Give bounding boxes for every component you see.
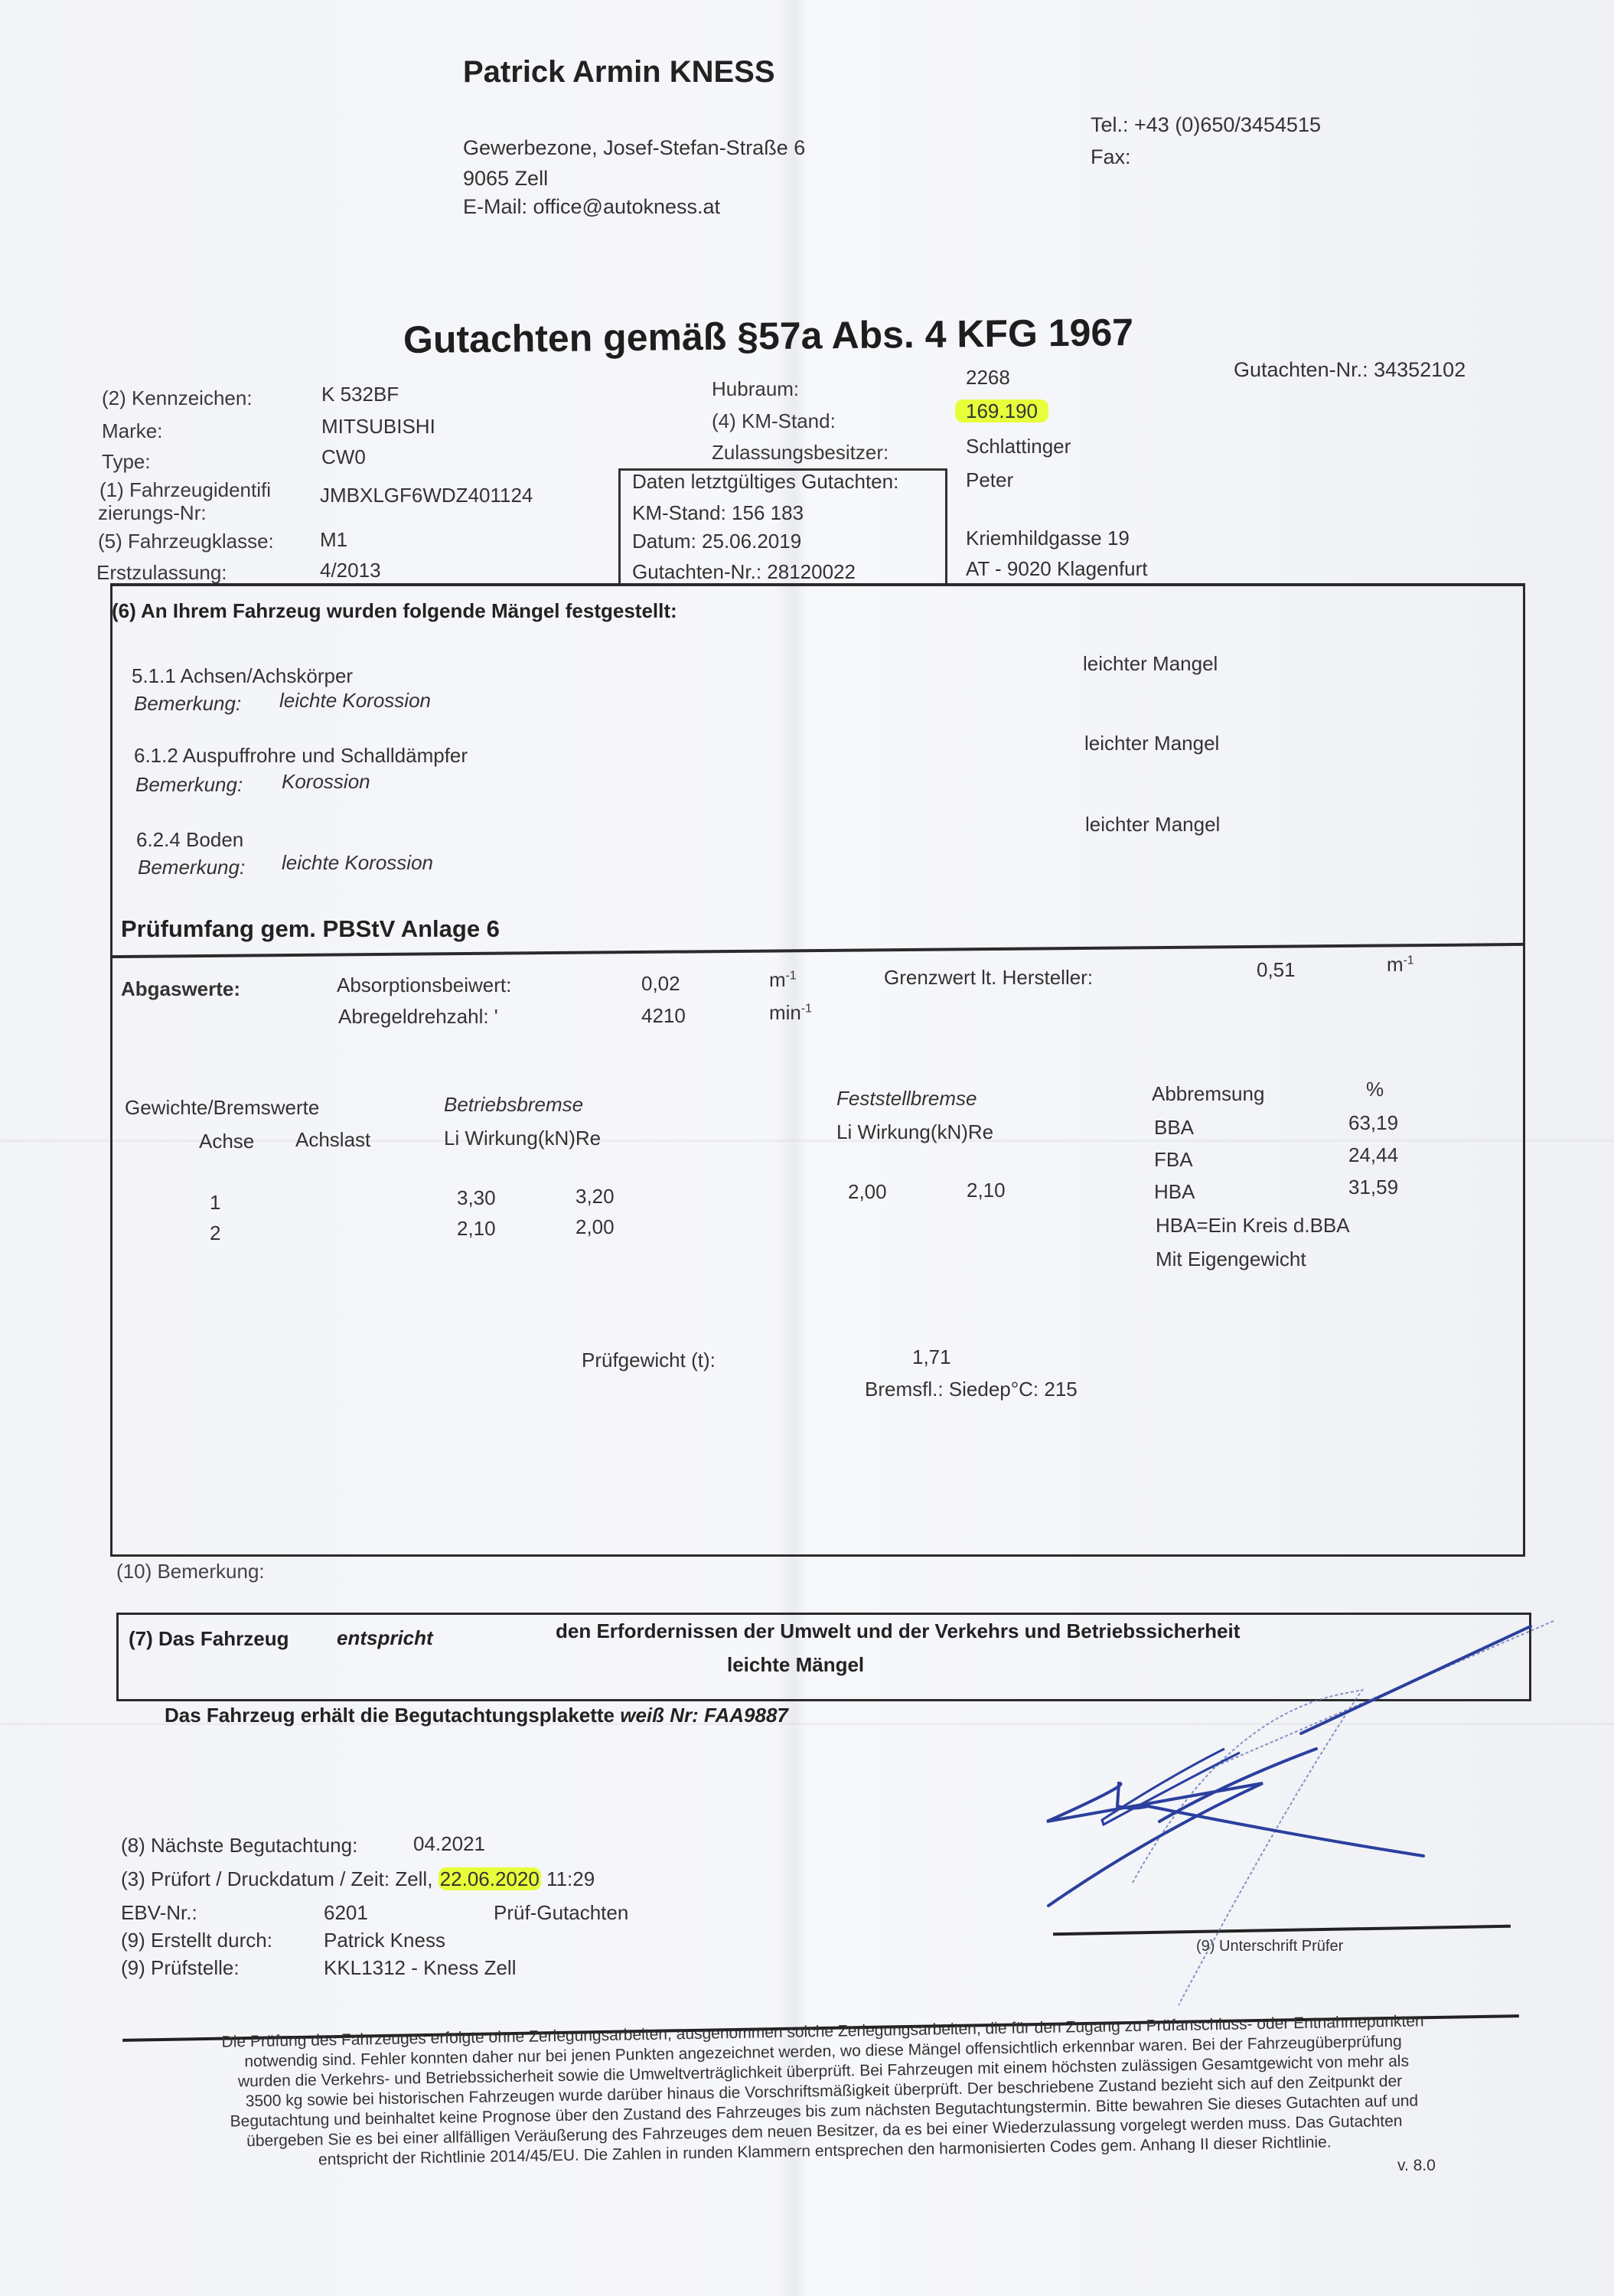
fba-value: 24,44: [1348, 1143, 1398, 1167]
previous-report-date: Datum: 25.06.2019: [632, 530, 801, 553]
document-title: Gutachten gemäß §57a Abs. 4 KFG 1967: [403, 310, 1134, 362]
rpm-unit: min-1: [769, 1001, 812, 1025]
first-registration-label: Erstzulassung:: [96, 561, 227, 585]
service-left: 3,30: [457, 1186, 496, 1210]
sticker-line: Das Fahrzeug erhält die Begutachtungspla…: [165, 1704, 788, 1727]
absorption-label: Absorptionsbeiwert:: [337, 974, 511, 997]
ebv-value: 6201: [324, 1901, 368, 1925]
form-version: v. 8.0: [1397, 2157, 1436, 2175]
next-inspection-value: 04.2021: [413, 1832, 485, 1856]
service-right: 2,00: [575, 1215, 615, 1239]
signature-label: (9) Unterschrift Prüfer: [1196, 1938, 1343, 1955]
defect-code: 5.1.1 Achsen/Achskörper: [132, 664, 353, 688]
test-weight-value: 1,71: [912, 1345, 951, 1369]
defect-remark: leichte Korossion: [279, 689, 431, 713]
verdict-text: den Erfordernissen der Umwelt und der Ve…: [556, 1619, 1240, 1643]
defect-severity: leichter Mangel: [1083, 652, 1218, 676]
limit-unit: m-1: [1387, 953, 1414, 977]
owner-street: Kriemhildgasse 19: [966, 527, 1130, 550]
company-street: Gewerbezone, Josef-Stefan-Straße 6: [463, 136, 805, 160]
mileage-label: (4) KM-Stand:: [712, 409, 836, 433]
exhaust-label: Abgaswerte:: [121, 977, 240, 1001]
company-phone: Tel.: +43 (0)650/3454515: [1091, 113, 1321, 137]
report-number: Gutachten-Nr.: 34352102: [1234, 358, 1466, 382]
axle-load-column-header: Achslast: [295, 1128, 370, 1152]
sticker-text: Das Fahrzeug erhält die Begutachtungspla…: [165, 1704, 615, 1727]
brand-value: MITSUBISHI: [321, 415, 435, 439]
company-email: E-Mail: office@autokness.at: [463, 195, 720, 219]
sticker-number: weiß Nr: FAA9887: [620, 1704, 788, 1727]
defect-severity: leichter Mangel: [1085, 813, 1220, 837]
company-city: 9065 Zell: [463, 167, 548, 191]
ebv-label: EBV-Nr.:: [121, 1901, 197, 1925]
brake-fluid: Bremsfl.: Siedep°C: 215: [865, 1378, 1078, 1401]
plate-value: K 532BF: [321, 383, 399, 406]
vin-label-cont: zierungs-Nr:: [98, 501, 207, 525]
axle-column-header: Achse: [199, 1130, 254, 1153]
company-fax: Fax:: [1091, 145, 1131, 169]
ebv-type: Prüf-Gutachten: [494, 1901, 628, 1925]
parking-brake-heading: Feststellbremse: [836, 1087, 977, 1110]
parking-brake-subheading: Li Wirkung(kN)Re: [836, 1120, 993, 1144]
vin-value: JMBXLGF6WDZ401124: [320, 484, 533, 507]
defect-remark-label: Bemerkung:: [135, 773, 243, 797]
service-left: 2,10: [457, 1217, 496, 1241]
displacement-label: Hubraum:: [712, 377, 799, 401]
percent-heading: %: [1366, 1078, 1384, 1101]
print-time: 11:29: [546, 1867, 595, 1890]
parking-right: 2,10: [967, 1179, 1006, 1202]
vin-label: (1) Fahrzeugidentifi: [99, 478, 271, 502]
hba-value: 31,59: [1348, 1176, 1398, 1199]
first-registration-value: 4/2013: [320, 559, 381, 582]
created-by-label: (9) Erstellt durch:: [121, 1929, 272, 1952]
plate-label: (2) Kennzeichen:: [102, 386, 253, 410]
brand-label: Marke:: [102, 419, 162, 443]
rpm-value: 4210: [641, 1004, 686, 1028]
verdict-status: entspricht: [337, 1626, 433, 1650]
bba-label: BBA: [1154, 1116, 1194, 1140]
print-place-label: (3) Prüfort / Druckdatum / Zeit: Zell,: [121, 1867, 432, 1890]
mileage-highlight: 169.190: [955, 400, 1048, 422]
hba-label: HBA: [1154, 1180, 1195, 1204]
scope-heading: Prüfumfang gem. PBStV Anlage 6: [121, 915, 500, 943]
service-brake-heading: Betriebsbremse: [444, 1093, 583, 1117]
limit-value: 0,51: [1257, 958, 1296, 982]
displacement-value: 2268: [966, 366, 1010, 390]
fba-label: FBA: [1154, 1148, 1193, 1172]
parking-left: 2,00: [848, 1180, 887, 1204]
next-inspection-label: (8) Nächste Begutachtung:: [121, 1834, 357, 1857]
limit-label: Grenzwert lt. Hersteller:: [884, 966, 1093, 990]
legal-disclaimer: Die Prüfung des Fahrzeuges erfolgte ohne…: [122, 2010, 1525, 2174]
defects-heading: (6) An Ihrem Fahrzeug wurden folgende Mä…: [112, 599, 677, 623]
absorption-unit: m-1: [769, 968, 797, 992]
class-value: M1: [320, 528, 347, 552]
previous-report-number: Gutachten-Nr.: 28120022: [632, 560, 856, 584]
service-brake-subheading: Li Wirkung(kN)Re: [444, 1127, 601, 1150]
defects-box: [110, 583, 1525, 1557]
previous-report-heading: Daten letztgültiges Gutachten:: [632, 470, 898, 494]
defect-remark-label: Bemerkung:: [138, 856, 245, 879]
company-name: Patrick Armin KNESS: [463, 55, 775, 90]
verdict-sub: leichte Mängel: [727, 1653, 864, 1677]
mileage-value: 169.190: [955, 400, 1048, 423]
defect-code: 6.2.4 Boden: [136, 828, 243, 852]
brakes-heading: Gewichte/Bremswerte: [125, 1096, 319, 1120]
created-by-value: Patrick Kness: [324, 1929, 445, 1952]
owner-firstname: Peter: [966, 468, 1013, 492]
deceleration-heading: Abbremsung: [1152, 1082, 1264, 1106]
verdict-label: (7) Das Fahrzeug: [129, 1627, 289, 1651]
axle-number: 1: [210, 1191, 220, 1215]
defect-remark: Korossion: [282, 770, 370, 794]
defect-severity: leichter Mangel: [1084, 732, 1219, 755]
defect-remark: leichte Korossion: [282, 851, 433, 875]
weight-note: Mit Eigengewicht: [1156, 1247, 1306, 1271]
print-info: (3) Prüfort / Druckdatum / Zeit: Zell, 2…: [121, 1867, 595, 1891]
service-right: 3,20: [575, 1185, 615, 1208]
station-label: (9) Prüfstelle:: [121, 1956, 240, 1980]
axle-number: 2: [210, 1221, 220, 1245]
owner-surname: Schlattinger: [966, 435, 1071, 458]
absorption-value: 0,02: [641, 972, 680, 996]
test-weight-label: Prüfgewicht (t):: [582, 1349, 716, 1372]
defect-code: 6.1.2 Auspuffrohre und Schalldämpfer: [134, 744, 468, 768]
type-value: CW0: [321, 445, 366, 469]
rpm-label: Abregeldrehzahl: ': [338, 1005, 498, 1029]
class-label: (5) Fahrzeugklasse:: [98, 530, 274, 553]
type-label: Type:: [102, 450, 151, 474]
owner-city: AT - 9020 Klagenfurt: [966, 557, 1148, 581]
hba-note: HBA=Ein Kreis d.BBA: [1156, 1214, 1350, 1238]
print-date: 22.06.2020: [439, 1867, 541, 1890]
remark-label: (10) Bemerkung:: [116, 1560, 265, 1583]
previous-report-km: KM-Stand: 156 183: [632, 501, 804, 525]
defect-remark-label: Bemerkung:: [134, 692, 241, 716]
station-value: KKL1312 - Kness Zell: [324, 1956, 516, 1980]
owner-label: Zulassungsbesitzer:: [712, 441, 889, 465]
bba-value: 63,19: [1348, 1111, 1398, 1135]
